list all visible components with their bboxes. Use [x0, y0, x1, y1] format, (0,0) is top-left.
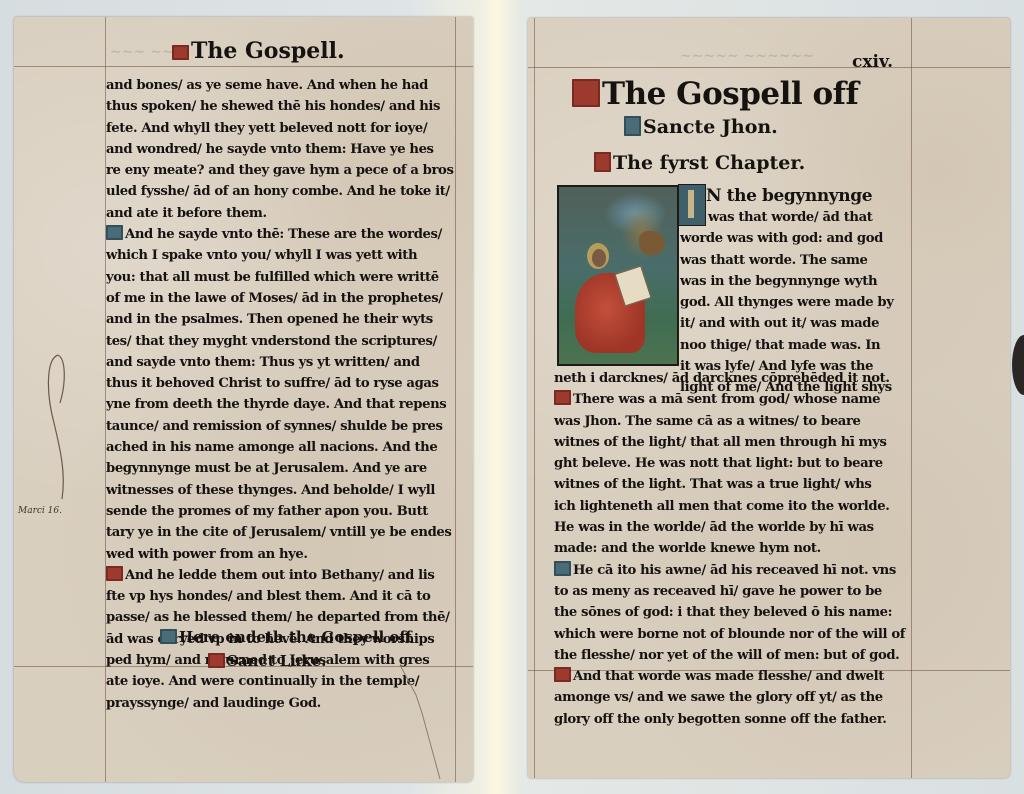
rubric-initial — [554, 561, 571, 576]
text-line: ached in his name amonge all nacions. An… — [106, 437, 458, 458]
text-line: which I spake vnto you/ whyll I was yett… — [106, 245, 458, 266]
paragraph-line: And he sayde vnto thē: These are the wor… — [106, 224, 458, 245]
saint-head — [592, 249, 606, 267]
folio-number: cxiv. — [852, 52, 893, 72]
rubric-initial — [106, 566, 123, 581]
rubric-initial — [572, 79, 600, 107]
text-line: made: and the worlde knewe hym not. — [554, 538, 909, 559]
text-line: of me in the lawe of Moses/ ād in the pr… — [106, 288, 458, 309]
text-line: tary ye in the cite of Jerusalem/ vntill… — [106, 522, 458, 543]
show-through-text: ~~~~~ ~~~~~~ — [680, 48, 814, 64]
text-line: thus spoken/ he shewed thē his hondes/ a… — [106, 96, 458, 117]
text-line: ght beleve. He was nott that light: but … — [554, 453, 909, 474]
text-line: and wondred/ he sayde vnto them: Have ye… — [106, 139, 458, 160]
text-line: god. All thynges were made by — [680, 292, 906, 313]
running-head: The Gospell. — [172, 38, 345, 64]
chapter-heading-text: The fyrst Chapter. — [613, 152, 805, 174]
text-line: And he ledde them out into Bethany/ and … — [125, 568, 434, 583]
text-line: to as meny as receaved hī/ gave he power… — [554, 581, 909, 602]
rubric-initial — [594, 152, 611, 172]
rubric-initial — [172, 45, 189, 60]
paragraph-line: There was a mā sent from god/ whose name — [554, 389, 909, 410]
margin-rule — [911, 18, 912, 778]
text-line: which were borne not of blounde nor of t… — [554, 624, 909, 645]
colophon-line: Sanct Luke. — [208, 652, 326, 670]
text-line: the sōnes of god: i that they beleved ō … — [554, 602, 909, 623]
text-line: re eny meate? and they gave hym a pece o… — [106, 160, 458, 181]
text-line: witnes of the light/ that all men throug… — [554, 432, 909, 453]
text-line: neth i darcknes/ ād darcknes cōprehēded … — [554, 368, 909, 389]
gospel-subtitle-text: Sancte Jhon. — [643, 116, 778, 138]
running-head-text: The Gospell. — [191, 38, 345, 64]
text-line: the flesshe/ nor yet of the will of men:… — [554, 645, 909, 666]
text-line: uled fysshe/ ād of an hony combe. And he… — [106, 181, 458, 202]
eagle-figure — [639, 231, 665, 255]
text-line: was thatt worde. The same — [680, 250, 906, 271]
text-line: was in the begynnynge wyth — [680, 271, 906, 292]
text-line: you: that all must be fulfilled which we… — [106, 267, 458, 288]
text-line: witnesses of these thynges. And beholde/… — [106, 480, 458, 501]
rubric-initial — [554, 390, 571, 405]
paragraph-line: And he ledde them out into Bethany/ and … — [106, 565, 458, 586]
chapter-heading: The fyrst Chapter. — [594, 152, 805, 174]
text-line: yne from deeth the thyrde daye. And that… — [106, 394, 458, 415]
gospel-title-text: The Gospell off — [602, 76, 858, 112]
text-line: wed with power from an hye. — [106, 544, 458, 565]
paragraph-line: And that worde was made flesshe/ and dwe… — [554, 666, 909, 687]
colophon-text: Sanct Luke. — [227, 652, 326, 670]
text-line: And that worde was made flesshe/ and dwe… — [573, 669, 884, 684]
text-line: taunce/ and remission of synnes/ shulde … — [106, 416, 458, 437]
text-line: worde was with god: and god — [680, 228, 906, 249]
text-line: fte vp hys hondes/ and blest them. And i… — [106, 586, 458, 607]
show-through-text: ~~~ ~~ — [110, 44, 174, 60]
colophon-line: Here endeth the Gospell off — [160, 628, 412, 646]
text-line: thus it behoved Christ to suffre/ ād to … — [106, 373, 458, 394]
text-line: and bones/ as ye seme have. And when he … — [106, 75, 458, 96]
text-line: fete. And whyll they yett beleved nott f… — [106, 118, 458, 139]
woodcut-illustration-saint-john — [557, 185, 679, 366]
gospel-title: The Gospell off — [572, 76, 858, 112]
text-line: He was in the worlde/ ād the worlde by h… — [554, 517, 909, 538]
right-text-column: neth i darcknes/ ād darcknes cōprehēded … — [554, 368, 909, 730]
rubric-initial — [624, 116, 641, 136]
text-line: There was a mā sent from god/ whose name — [573, 392, 880, 407]
colophon-text: Here endeth the Gospell off — [179, 628, 412, 646]
text-line: amonge vs/ and we sawe the glory off yt/… — [554, 687, 909, 708]
text-line: begynnynge must be at Jerusalem. And ye … — [106, 458, 458, 479]
text-line: and in the psalmes. Then opened he their… — [106, 309, 458, 330]
text-line: He cā ito his awne/ ād his receaved hī n… — [573, 563, 896, 578]
left-text-column: and bones/ as ye seme have. And when he … — [106, 75, 458, 714]
rubric-initial — [208, 653, 225, 668]
text-line: passe/ as he blessed them/ he departed f… — [106, 607, 458, 628]
page-clip — [1012, 335, 1024, 395]
text-line: it/ and with out it/ was made — [680, 313, 906, 334]
text-line: was that worde/ ād that — [680, 207, 906, 228]
marginal-bracket-mark — [44, 353, 68, 501]
margin-rule — [528, 67, 1010, 68]
margin-rule — [14, 66, 473, 67]
margin-rule — [534, 18, 535, 778]
rubric-initial — [554, 667, 571, 682]
text-line: And he sayde vnto thē: These are the wor… — [125, 227, 442, 242]
text-line: sende the promes of my father apon you. … — [106, 501, 458, 522]
text-line: and ate it before them. — [106, 203, 458, 224]
paper-tear — [398, 665, 448, 780]
text-line: glory off the only begotten sonne off th… — [554, 709, 909, 730]
rubric-initial — [160, 629, 177, 644]
marginal-note: Marci 16. — [18, 506, 62, 516]
text-line: was Jhon. The same cā as a witnes/ to be… — [554, 411, 909, 432]
right-text-column-narrow: N the begynnynge — [706, 185, 906, 207]
text-line: ich lighteneth all men that come ito the… — [554, 496, 909, 517]
paragraph-line: He cā ito his awne/ ād his receaved hī n… — [554, 560, 909, 581]
rubric-initial — [106, 225, 123, 240]
text-line: tes/ that they myght vnderstond the scri… — [106, 331, 458, 352]
text-line: noo thige/ that made was. In — [680, 335, 906, 356]
gospel-subtitle: Sancte Jhon. — [624, 116, 778, 138]
text-line: and sayde vnto them: Thus ys yt written/… — [106, 352, 458, 373]
text-line: witnes of the light. That was a true lig… — [554, 474, 909, 495]
text-line: N the begynnynge — [706, 185, 906, 207]
